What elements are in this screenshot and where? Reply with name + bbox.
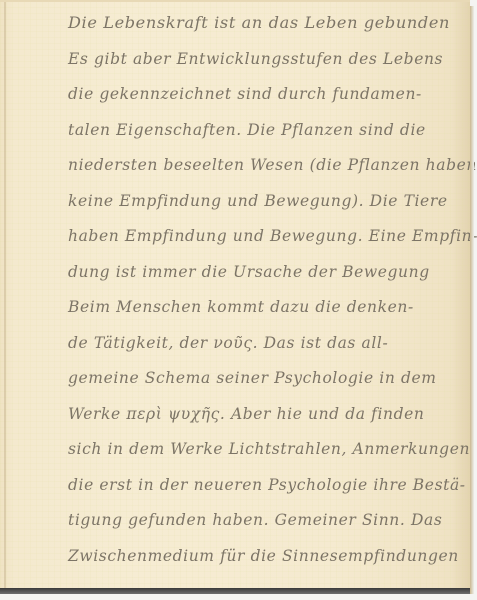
text-line: haben Empfindung und Bewegung. Eine Empf… (68, 219, 463, 255)
text-line: gemeine Schema seiner Psychologie in dem (68, 361, 463, 397)
text-line: Werke περὶ ψυχῆς. Aber hie und da finden (68, 397, 463, 433)
page-right-edge (470, 6, 474, 594)
notebook-page: Die Lebenskraft ist an das Leben gebunde… (0, 0, 470, 590)
text-line: die erst in der neueren Psychologie ihre… (68, 468, 463, 504)
page-bottom-shadow (0, 588, 470, 594)
text-line: Die Lebenskraft ist an das Leben gebunde… (68, 6, 477, 42)
page-spine-edge (4, 2, 6, 590)
text-line: die gekennzeichnet sind durch fundamen- (68, 77, 463, 113)
text-line: Es gibt aber Entwicklungsstufen des Lebe… (68, 42, 463, 78)
handwritten-text: Die Lebenskraft ist an das Leben gebunde… (68, 6, 463, 574)
text-line: niedersten beseelten Wesen (die Pflanzen… (68, 148, 463, 184)
text-line: tigung gefunden haben. Gemeiner Sinn. Da… (68, 503, 463, 539)
text-line: talen Eigenschaften. Die Pflanzen sind d… (68, 113, 463, 149)
text-line: Beim Menschen kommt dazu die denken- (68, 290, 463, 326)
text-line: Zwischenmedium für die Sinnesempfindunge… (68, 539, 463, 575)
text-line: de Tätigkeit, der νοῦς. Das ist das all- (68, 326, 463, 362)
text-line: keine Empfindung und Bewegung). Die Tier… (68, 184, 463, 220)
text-line: sich in dem Werke Lichtstrahlen, Anmerku… (68, 432, 463, 468)
text-line: dung ist immer die Ursache der Bewegung (68, 255, 463, 291)
